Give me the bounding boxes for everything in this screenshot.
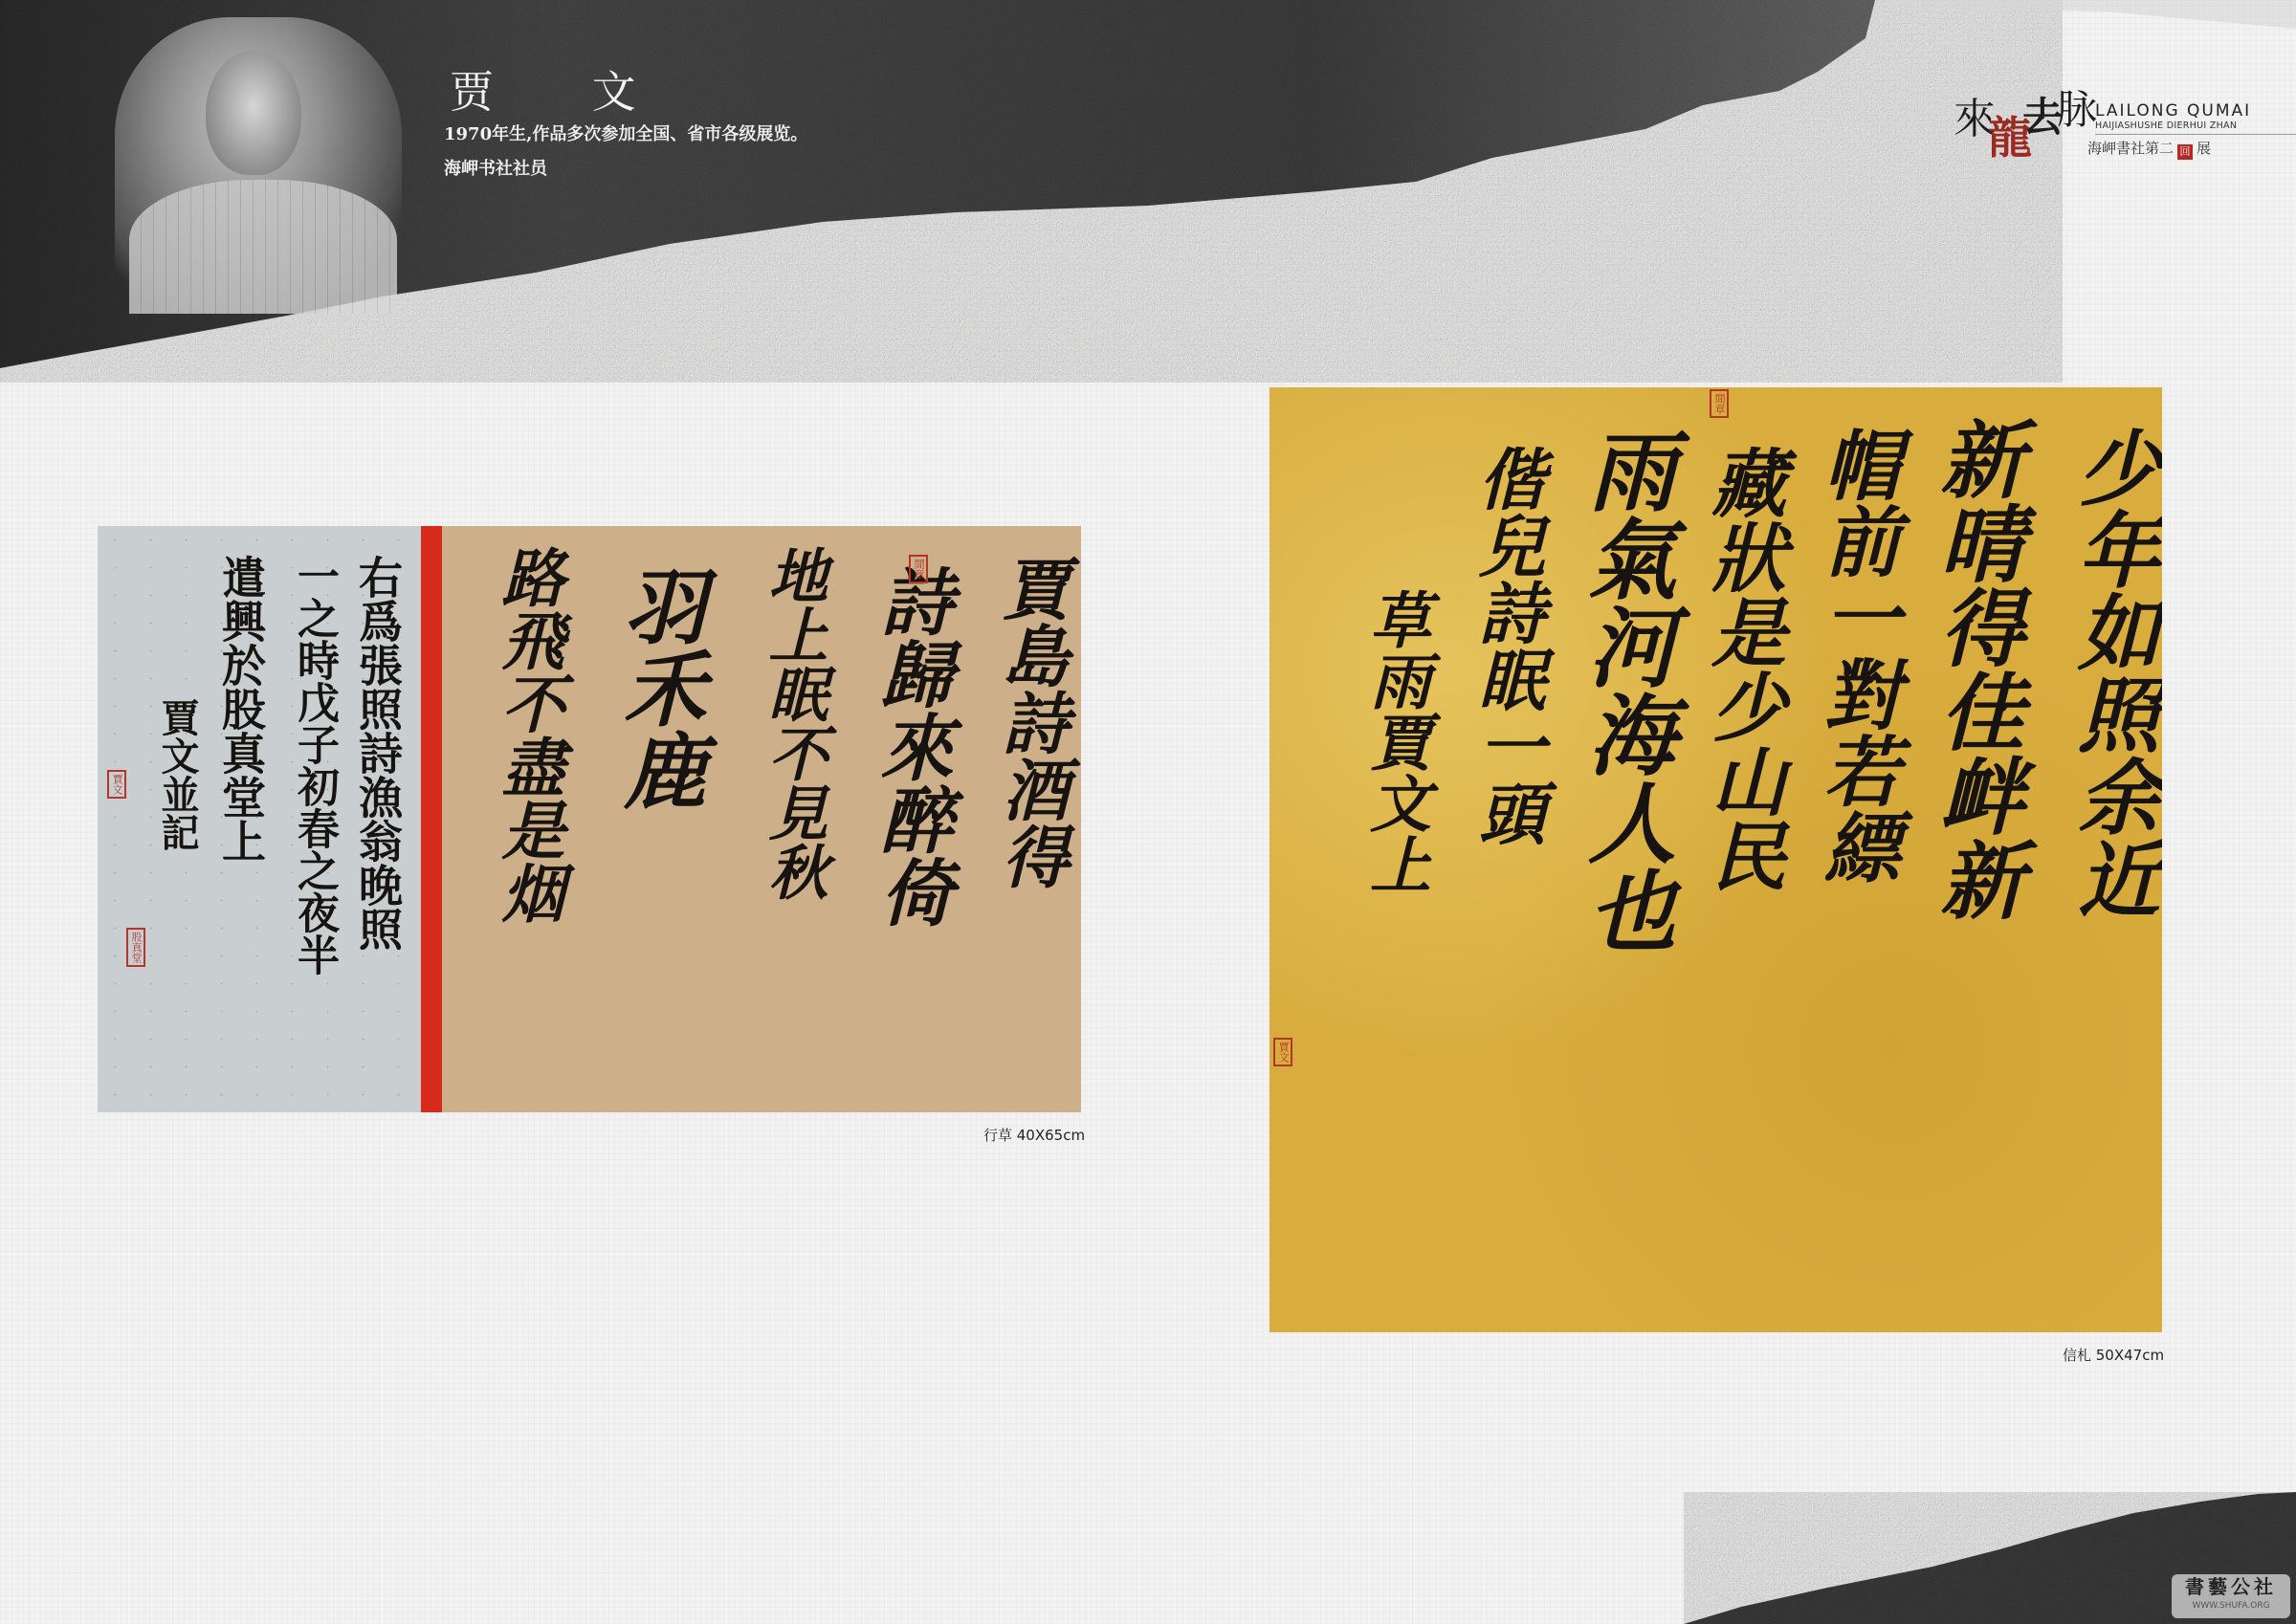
inscription-column: 賈文並記: [158, 698, 196, 851]
artist-bio: 1970年生,作品多次参加全国、省市各级展览。: [444, 121, 807, 145]
calligraphy-column: 少年如照余近: [2070, 426, 2152, 919]
logo-divider: [2095, 134, 2296, 135]
artwork-caption-xinzha: 信札 50X47cm: [2063, 1345, 2164, 1365]
seal-stamp: 股真堂: [126, 928, 145, 967]
watermark-url: WWW.SHUFA.ORG: [2172, 1599, 2290, 1613]
exhibition-logo: 來 龍 去 脉 LAILONG QUMAI HAIJIASHUSHE DIERH…: [1954, 75, 2279, 161]
logo-char-mai: 脉: [2057, 78, 2097, 136]
portrait-face: [206, 51, 301, 175]
calligraphy-column: 路飛不盡是烟: [497, 545, 560, 924]
red-border-stripe: [421, 526, 442, 1112]
seal-stamp: 閒章: [1710, 389, 1729, 418]
inscription-column: 遣興於股真堂上: [219, 555, 263, 863]
seal-stamp: 閒章: [909, 555, 928, 583]
watermark-text: 書藝公社: [2172, 1574, 2290, 1599]
calligraphy-column: 羽禾鹿: [616, 564, 698, 811]
artwork-xingcao: 右爲張照詩漁翁晚照 一之時戊子初春之夜半 遣興於股真堂上 賈文並記 賈文 股真堂…: [98, 526, 1081, 1112]
seal-stamp: 賈文: [107, 770, 126, 799]
calligraphy-column: 詩歸來醉倚: [874, 564, 947, 928]
artist-name: 贾 文: [450, 57, 678, 121]
logo-chinese-suffix: 展: [2197, 140, 2211, 157]
calligraphy-column: 藏狀是少山民: [1705, 445, 1779, 892]
calligraphy-column: 雨氣河海人也: [1581, 426, 1669, 954]
artwork-xinzha: 少年如照余近 新晴得佳衅新 帽前一對若縹 藏狀是少山民 雨氣河海人也 偕兒詩眠一…: [1269, 387, 2162, 1332]
seal-stamp: 賈文: [1273, 1038, 1292, 1066]
calligraphy-column: 新晴得佳衅新: [1934, 416, 2019, 921]
portrait-shirt: [129, 180, 397, 314]
calligraphy-column: 偕兒詩眠一頭: [1473, 445, 1540, 846]
shufa-watermark: 書藝公社 WWW.SHUFA.ORG: [2172, 1574, 2290, 1618]
calligraphy-column: 草雨賈文上: [1364, 588, 1425, 894]
artist-portrait: [115, 17, 402, 314]
inscription-column: 一之時戊子初春之夜半: [293, 555, 335, 976]
logo-chinese-subtitle: 海岬書社第二回展: [2087, 138, 2211, 160]
main-calligraphy-panel: 賈島詩酒得 詩歸來醉倚 地上眠不見秋 羽禾鹿 路飛不盡是烟 閒章: [442, 526, 1081, 1112]
artist-membership: 海岬书社社员: [444, 155, 547, 180]
artwork-caption-xingcao: 行草 40X65cm: [983, 1125, 1085, 1145]
inscription-column: 右爲張照詩漁翁晚照: [356, 555, 400, 951]
calligraphy-column: 帽前一對若縹: [1818, 426, 1894, 885]
logo-chinese-prefix: 海岬書社第二: [2087, 140, 2174, 157]
calligraphy-column: 賈島詩酒得: [997, 555, 1064, 889]
logo-english-title: LAILONG QUMAI: [2095, 101, 2251, 121]
logo-seal: 回: [2177, 144, 2193, 160]
logo-english-subtitle: HAIJIASHUSHE DIERHUI ZHAN: [2095, 121, 2237, 131]
inscription-panel: 右爲張照詩漁翁晚照 一之時戊子初春之夜半 遣興於股真堂上 賈文並記 賈文 股真堂: [98, 526, 421, 1112]
calligraphy-column: 地上眠不見秋: [763, 545, 823, 901]
